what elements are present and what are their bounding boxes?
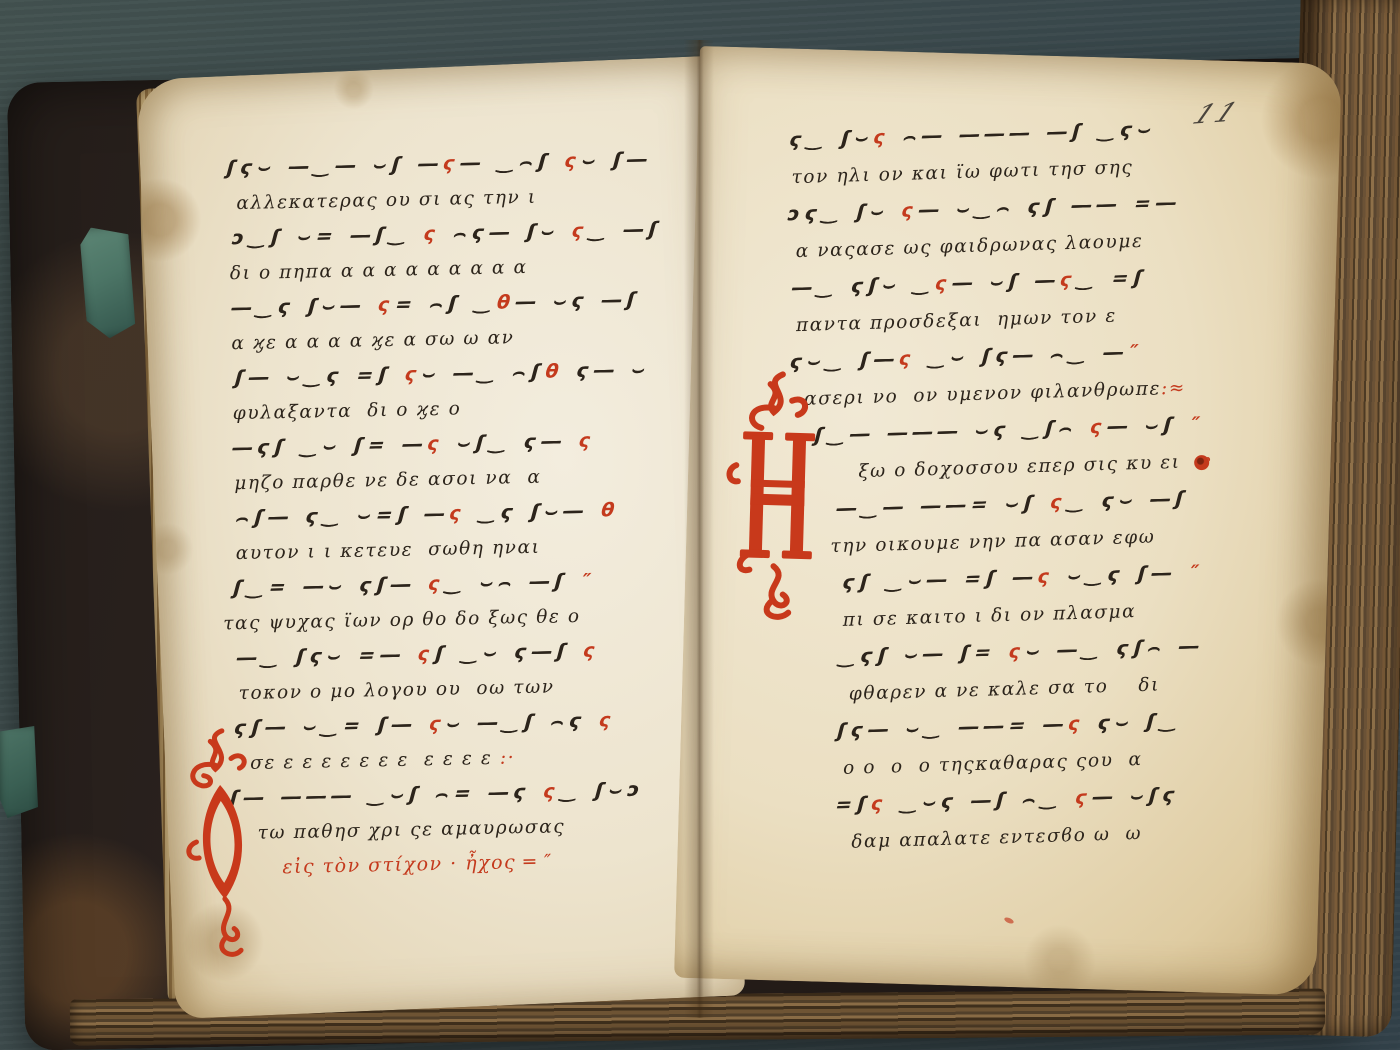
ink-text: εἰς τὸν στίχον · ἦχος ═ ″ — [282, 851, 553, 879]
red-ink-marks: :· — [492, 747, 515, 768]
ink-text: ― ⌣ʃ ― — [950, 269, 1063, 294]
right-page-text: ϛ‿ ʃ⌣ς ⌢― ――― ―ʃ ‿ϛ⌣τον ηλι ον και ϊω φω… — [784, 107, 1332, 862]
ink-text: ɔϛ‿ ʃ⌣ — [785, 200, 904, 226]
ink-text: ⌢― ――― ―ʃ ‿ϛ⌣ — [888, 118, 1159, 148]
ink-text: ‿⌣ϛ ―ʃ ⌢‿ — [886, 787, 1079, 815]
ink-text: ⌣ ʃ― — [579, 148, 655, 172]
ink-text: ―‿ϛ ʃ⌣― — [229, 294, 381, 319]
ink-text: ⌣ ―‿ ⌢ʃ — [420, 361, 549, 386]
ink-text: την οικουμε νην πα ασαν εφω — [830, 527, 1156, 558]
ink-text: ‿ϛʃ ⌣― ʃ= — [836, 641, 1012, 668]
clasp-fitting-bottom — [0, 726, 38, 818]
ink-text: μηζο παρθε νε δε ασοι να α — [234, 467, 542, 494]
ink-text: ― ‿⌢ʃ — [458, 150, 568, 174]
ink-text: ʃϛ⌣ ―‿― ⌣ʃ ― — [224, 153, 446, 180]
ink-text: ― ⌣ʃϛ — [1090, 784, 1183, 809]
ink-text: ʃϛ― ⌣‿ ――= ― — [835, 713, 1072, 742]
ink-text: ϛ⌣‿ ʃ― — [788, 348, 903, 373]
ink-text: α ναςασε ως φαιδρωνας λαουμε — [795, 231, 1143, 262]
ink-text: ‿ ―ʃ — [587, 218, 666, 242]
red-ink-marks: :≈ — [1161, 378, 1187, 400]
ink-text: σε ε ε ε ε ε ε ε ε ε ε ε — [250, 748, 493, 774]
ink-text: πι σε καιτο ι δι ον πλασμα — [842, 601, 1136, 631]
ink-text: φθαρεν α νε καλε σα το δι — [849, 674, 1161, 704]
ink-text: τας ψυχας ϊων ορ θο δο ξως θε ο — [223, 606, 581, 634]
ink-text: ʃ― ⌣‿ϛ =ʃ — [232, 364, 408, 390]
ink-text: ⌣ ―‿ʃ ⌢ϛ — [444, 710, 603, 735]
ink-text: τω παθησ χρι ςε αμαυρωσας — [257, 816, 565, 843]
gutter-shadow — [684, 40, 714, 1018]
ink-text: ʃ‿= ―⌣ ϛʃ― — [231, 573, 432, 599]
ink-text: ‿ϛ ʃ⌣― — [464, 499, 604, 524]
ink-text: ϛ‿ ʃ⌣ — [787, 127, 877, 152]
ink-text: ⌢ʃ― ϛ‿ ⌣=ʃ ― — [233, 503, 452, 530]
ink-text: ασερι νο ον υμενον φιλανθρωπε — [804, 378, 1162, 410]
rosette-ornament — [1194, 454, 1209, 469]
ink-text: ⌣ ―‿ ϛʃ⌢ ― — [1024, 635, 1207, 662]
ink-text: ξω ο δοχοσσου επερ σις κυ ει — [858, 452, 1181, 483]
ink-text: ⌢ϛ― ʃ⌣ — [438, 220, 575, 245]
ink-text: ‿ ʃ⌣ɔ — [558, 779, 648, 803]
ink-text: ⌣‿ϛ ʃ― — [1052, 561, 1192, 587]
ink-text: ―‿― ――= ⌣ʃ — [834, 492, 1053, 521]
left-page: ʃϛ⌣ ―‿― ⌣ʃ ―ϛ― ‿⌢ʃ ς⌣ ʃ―αλλεκατερας ου σ… — [136, 56, 745, 1019]
ink-text: ϛ⌣ ʃ‿ — [1083, 710, 1185, 735]
left-page-text: ʃϛ⌣ ―‿― ⌣ʃ ―ϛ― ‿⌢ʃ ς⌣ ʃ―αλλεκατερας ου σ… — [213, 141, 728, 886]
initial-eta-ornament — [718, 369, 835, 624]
ink-text: ―ϛʃ ‿⌣ ʃ= ― — [230, 433, 431, 459]
ink-text: ―‿ ʃϛ⌣ =― — [234, 643, 421, 669]
ink-text: ‿ =ʃ — [1075, 267, 1151, 291]
initial-omicron-ornament — [172, 723, 274, 971]
right-page: ϛ‿ ʃ⌣ς ⌢― ――― ―ʃ ‿ϛ⌣τον ηλι ον και ϊω φω… — [674, 46, 1342, 996]
ink-text: τοκον ο μο λογου ου οω των — [238, 677, 554, 705]
ink-text: ϛʃ ‿⌣― =ʃ ― — [840, 566, 1041, 594]
ink-text: ϛ― ⌣ — [561, 358, 653, 382]
ink-text: δι ο πηπα α α α α α α α α α — [230, 257, 528, 284]
ink-text: τον ηλι ον και ϊω φωτι τησ σης — [791, 157, 1133, 188]
ink-text: ― ⌣‿⌢ ϛʃ ―― =― — [916, 192, 1184, 222]
ink-text: ‿⌣ ʃϛ― ⌢‿ ― — [914, 341, 1132, 369]
ink-text: παντα προσδεξαι ημων τον ε — [796, 306, 1118, 337]
initial-omicron-icon — [172, 723, 274, 967]
ink-text: ‿ ϛ⌣ ―ʃ — [1065, 487, 1192, 513]
ink-text: ɔ‿ʃ ⌣= ―ʃ‿ — [229, 223, 427, 249]
ink-text: αλλεκατερας ου σι ας την ι — [236, 187, 537, 214]
ink-text: αυτον ι ι κετευε σωθη ηναι — [236, 537, 541, 564]
ink-text: ‿ ⌣⌢ ―ʃ — [443, 570, 584, 595]
ink-text: φυλαξαντα δι ο ϗε ο — [233, 398, 462, 424]
ink-text: δαμ απαλατε εντεσϐο ω ω — [851, 823, 1143, 853]
ink-text: ο ο ο ο τηςκαθαρας ςου α — [843, 749, 1143, 779]
ink-text: ⌣ʃ‿ ϛ― — [442, 430, 582, 455]
ink-text: ―‿ ϛʃ⌣ ‿ — [789, 273, 938, 299]
ink-text: α ϗε α α α α ϗε α σω ω αν — [231, 327, 515, 354]
ink-text: ʃ― ――― ‿⌣ʃ ⌢= ―ϛ — [227, 781, 547, 810]
ink-text: ― ⌣ϛ ―ʃ — [513, 289, 644, 314]
initial-eta-icon — [718, 369, 835, 624]
ink-text: = ⌢ʃ ‿ — [393, 292, 500, 316]
ink-text: ʃ ‿⌣ ϛ―ʃ — [433, 640, 587, 665]
ink-text: ʃ‿― ――― ⌣ϛ ‿ʃ⌢ — [812, 416, 1094, 446]
ink-text: ― ⌣ʃ — [1105, 413, 1193, 438]
